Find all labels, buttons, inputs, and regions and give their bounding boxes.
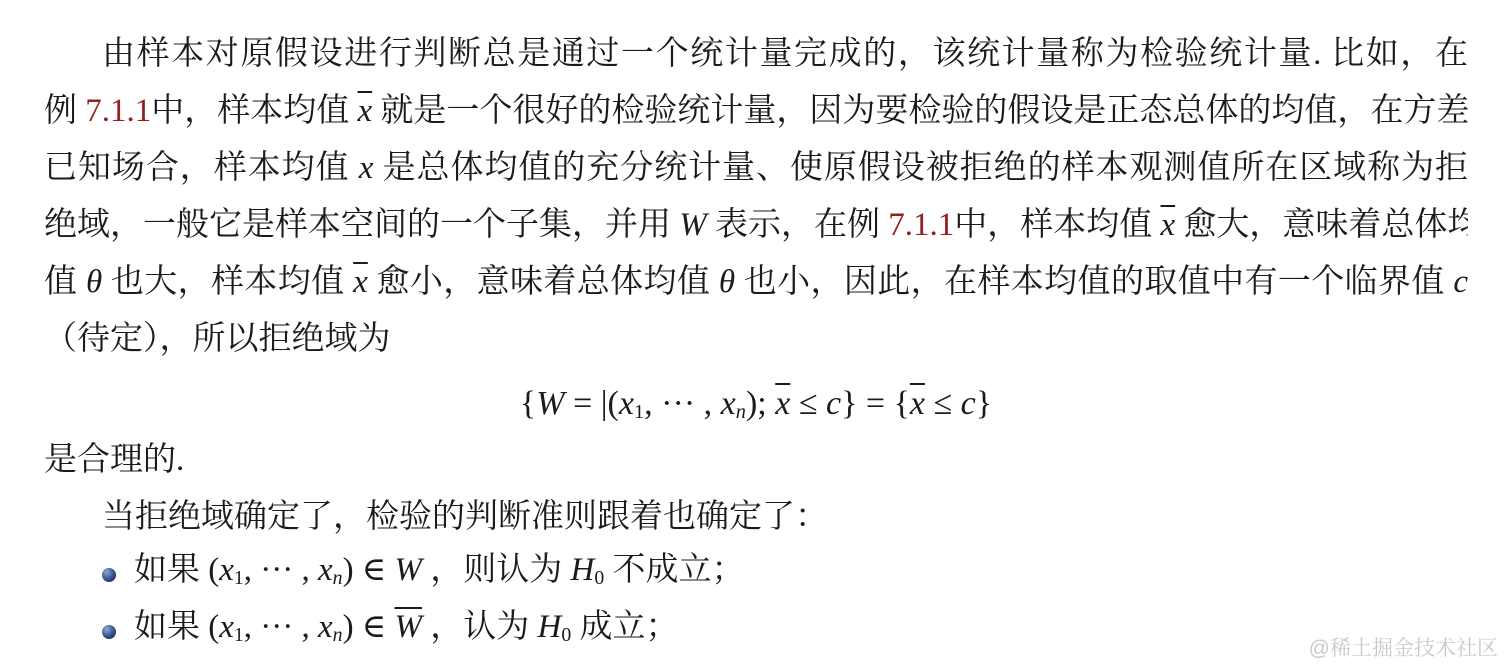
line-decision-rule: 当拒绝域确定了，检验的判断准则跟着也确定了：	[44, 489, 1468, 546]
bullet-item-1: 如果 (x1, ··· , xn) ∈ W ，则认为 H0 不成立；	[44, 546, 1468, 603]
line-reasonable: 是合理的.	[44, 432, 1468, 489]
body-text: 由样本对原假设进行判断总是通过一个统计量完成的，该统计量称为检验统计量. 比如，…	[44, 26, 1468, 660]
paragraph-line-6: （待定），所以拒绝域为	[44, 311, 1468, 368]
bullet-dot-icon	[102, 625, 116, 639]
textbook-page: 由样本对原假设进行判断总是通过一个统计量完成的，该统计量称为检验统计量. 比如，…	[0, 0, 1512, 668]
bullet-dot-icon	[102, 568, 116, 582]
paragraph-line-1: 由样本对原假设进行判断总是通过一个统计量完成的，该统计量称为检验统计量. 比如，…	[44, 26, 1468, 83]
watermark: @稀土掘金技术社区	[1309, 632, 1498, 662]
paragraph-line-2: 例 7.1.1中，样本均值 x 就是一个很好的检验统计量，因为要检验的假设是正态…	[44, 83, 1468, 140]
bullet-text-1: 如果 (x1, ··· , xn) ∈ W ，则认为 H0 不成立；	[134, 542, 744, 607]
paragraph-line-4: 绝域，一般它是样本空间的一个子集，并用 W 表示，在例 7.1.1中，样本均值 …	[44, 197, 1468, 254]
rejection-region-formula: {W = |(x1, ··· , xn); x ≤ c} = {x ≤ c}	[44, 376, 1468, 432]
bullet-text-2: 如果 (x1, ··· , xn) ∈ W ，认为 H0 成立；	[134, 599, 678, 664]
paragraph-line-3: 已知场合，样本均值 x 是总体均值的充分统计量、使原假设被拒绝的样本观测值所在区…	[44, 140, 1468, 197]
bullet-item-2: 如果 (x1, ··· , xn) ∈ W ，认为 H0 成立；	[44, 603, 1468, 660]
paragraph-line-5: 值 θ 也大，样本均值 x 愈小，意味着总体均值 θ 也小，因此，在样本均值的取…	[44, 254, 1468, 311]
